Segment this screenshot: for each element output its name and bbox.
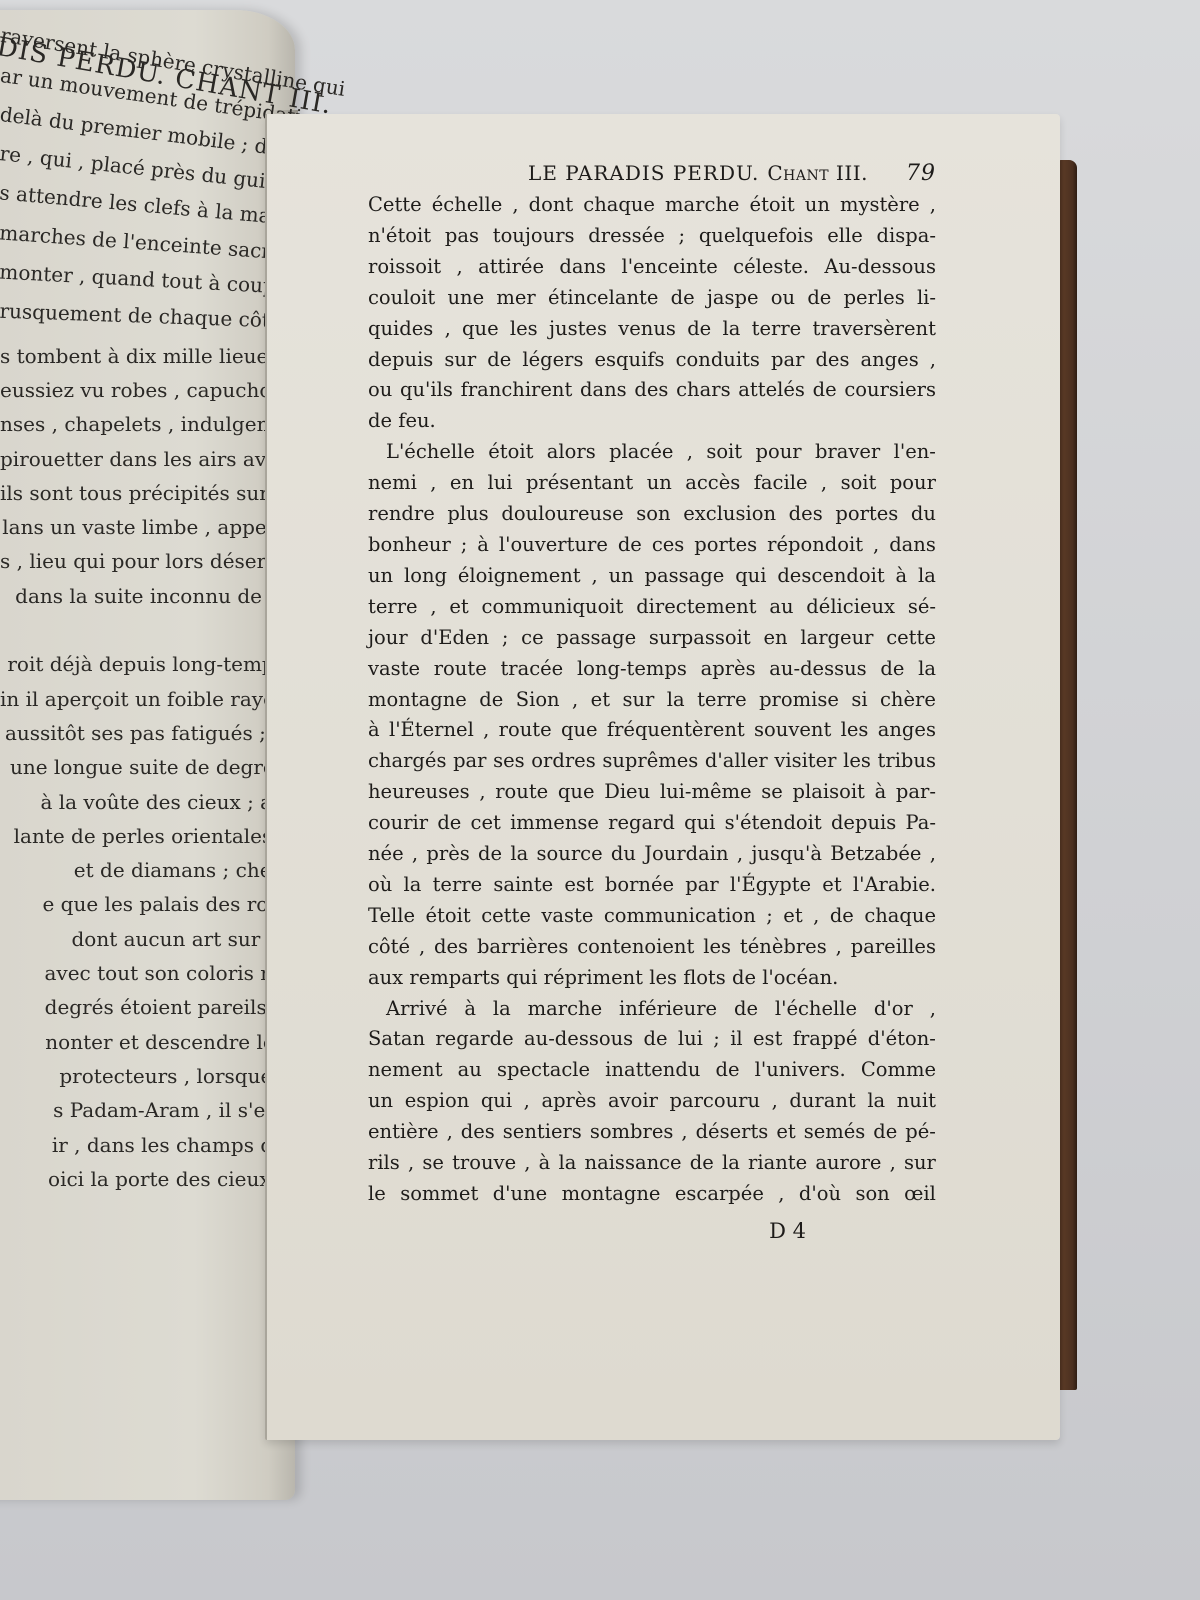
text-line: L'échelleétoitalorsplacée,soitpourbraver… <box>368 437 936 468</box>
text-line: nemi,enluiprésentantunaccèsfacile,soitpo… <box>368 468 936 499</box>
left-page-line: lans un vaste limbe , appelé <box>0 510 295 544</box>
left-page-line: dont aucun art sur la <box>0 922 295 956</box>
text-line: nementauspectacleinattendudel'univers.Co… <box>368 1055 936 1086</box>
text-line: rendreplusdouloureusesonexclusiondesport… <box>368 499 936 530</box>
text-line: Arrivéàlamarcheinférieuredel'échelled'or… <box>368 994 936 1025</box>
text-line: rils,setrouve,àlanaissancedelarianteauro… <box>368 1148 936 1179</box>
text-line: aux remparts qui répriment les flots de … <box>368 963 936 994</box>
text-line: oùlaterresainteestbornéeparl'Égypteetl'A… <box>368 870 936 901</box>
text-line: couloitunemerétincelantedejaspeoudeperle… <box>368 283 936 314</box>
left-page-line: s tombent à dix mille lieues de <box>0 339 295 373</box>
text-line: née,prèsdelasourceduJourdain,jusqu'àBetz… <box>368 839 936 870</box>
text-line: lesommetd'unemontagneescarpée,d'oùsonœil <box>368 1179 936 1210</box>
left-page-line: protecteurs , lorsque , <box>0 1059 295 1093</box>
left-page-line: oici la porte des cieux ! <box>0 1162 295 1196</box>
left-page-line: aussitôt ses pas fatigués ; il <box>0 716 295 750</box>
text-line: courirdecetimmenseregardquis'étendoitdep… <box>368 808 936 839</box>
left-page-line <box>0 613 295 647</box>
text-line: ouqu'ilsfranchirentdansdescharsattelésde… <box>368 375 936 406</box>
left-page-line: dans la suite inconnu de si <box>0 579 295 613</box>
left-page-line: nses , chapelets , indulgences , <box>0 407 295 441</box>
text-line: terre,etcommuniquoitdirectementaudélicie… <box>368 592 936 623</box>
left-page-line: ir , dans les champs de <box>0 1128 295 1162</box>
text-line: Cetteéchelle,dontchaquemarcheétoitunmyst… <box>368 190 936 221</box>
left-page-line: eussiez vu robes , capuchons , <box>0 373 295 407</box>
left-page-line: e que les palais des rois <box>0 887 295 921</box>
text-line: entière,dessentierssombres,désertsetsemé… <box>368 1117 936 1148</box>
text-line: de feu. <box>368 406 936 437</box>
text-line: heureuses,routequeDieului-mêmeseplaisoit… <box>368 777 936 808</box>
text-line: quides,quelesjustesvenusdelaterretravers… <box>368 314 936 345</box>
left-page-line: in il aperçoit un foible rayon <box>0 682 295 716</box>
text-line: unlongéloignement,unpassagequidescendoit… <box>368 561 936 592</box>
text-line: roissoit,attiréedansl'enceintecéleste.Au… <box>368 252 936 283</box>
page-number: 79 <box>906 159 936 190</box>
text-line: bonheur;àl'ouverturedecesportesrépondoit… <box>368 530 936 561</box>
text-line: côté,desbarrièrescontenoientlesténèbres,… <box>368 932 936 963</box>
right-page-text: LE PARADIS PERDU. Chant III. 79 Cetteéch… <box>368 158 936 1247</box>
left-page-line: s , lieu qui pour lors désert et <box>0 544 295 578</box>
left-page-line: une longue suite de degrés <box>0 750 295 784</box>
text-line: Satanregardeau-dessousdelui;ilestfrappéd… <box>368 1024 936 1055</box>
running-head-title: LE PARADIS PERDU. <box>528 158 759 189</box>
left-page-line: pirouetter dans les airs avec <box>0 442 295 476</box>
text-line: vasteroutetracéelong-tempsaprèsau-dessus… <box>368 654 936 685</box>
book-photo: DIS PERDU. CHANT III. raversent la sphèr… <box>0 0 1200 1600</box>
left-page-text: DIS PERDU. CHANT III. raversent la sphèr… <box>0 30 295 1196</box>
left-page-line: degrés étoient pareils à <box>0 990 295 1024</box>
text-line: chargésparsesordressuprêmesd'allervisite… <box>368 746 936 777</box>
body-paragraphs: Cetteéchelle,dontchaquemarcheétoitunmyst… <box>368 190 936 1210</box>
text-line: montagnedeSion,etsurlaterrepromisesichèr… <box>368 685 936 716</box>
left-page-line: ils sont tous précipités sur un <box>0 476 295 510</box>
running-head-chant: Chant III. <box>767 158 868 189</box>
signature-mark: D 4 <box>368 1216 936 1247</box>
left-page-line: lante de perles orientales , <box>0 819 295 853</box>
left-page-line: à la voûte des cieux ; au <box>0 785 295 819</box>
left-page-line: et de diamans ; chef- <box>0 853 295 887</box>
text-line: Telleétoitcettevastecommunication;et,dec… <box>368 901 936 932</box>
left-page-line: roit déjà depuis long-temps <box>0 647 295 681</box>
left-page-line: nonter et descendre les <box>0 1025 295 1059</box>
text-line: unespionqui,aprèsavoirparcouru,durantlan… <box>368 1086 936 1117</box>
text-line: jourd'Eden;cepassagesurpassoitenlargeurc… <box>368 623 936 654</box>
text-line: n'étoitpastoujoursdressée;quelquefoisell… <box>368 221 936 252</box>
left-page-line: s Padam-Aram , il s'en- <box>0 1093 295 1127</box>
left-page-line: avec tout son coloris ne <box>0 956 295 990</box>
running-head: LE PARADIS PERDU. Chant III. 79 <box>368 158 936 190</box>
text-line: depuissurdelégersesquifsconduitspardesan… <box>368 345 936 376</box>
text-line: àl'Éternel,routequefréquentèrentsouventl… <box>368 715 936 746</box>
